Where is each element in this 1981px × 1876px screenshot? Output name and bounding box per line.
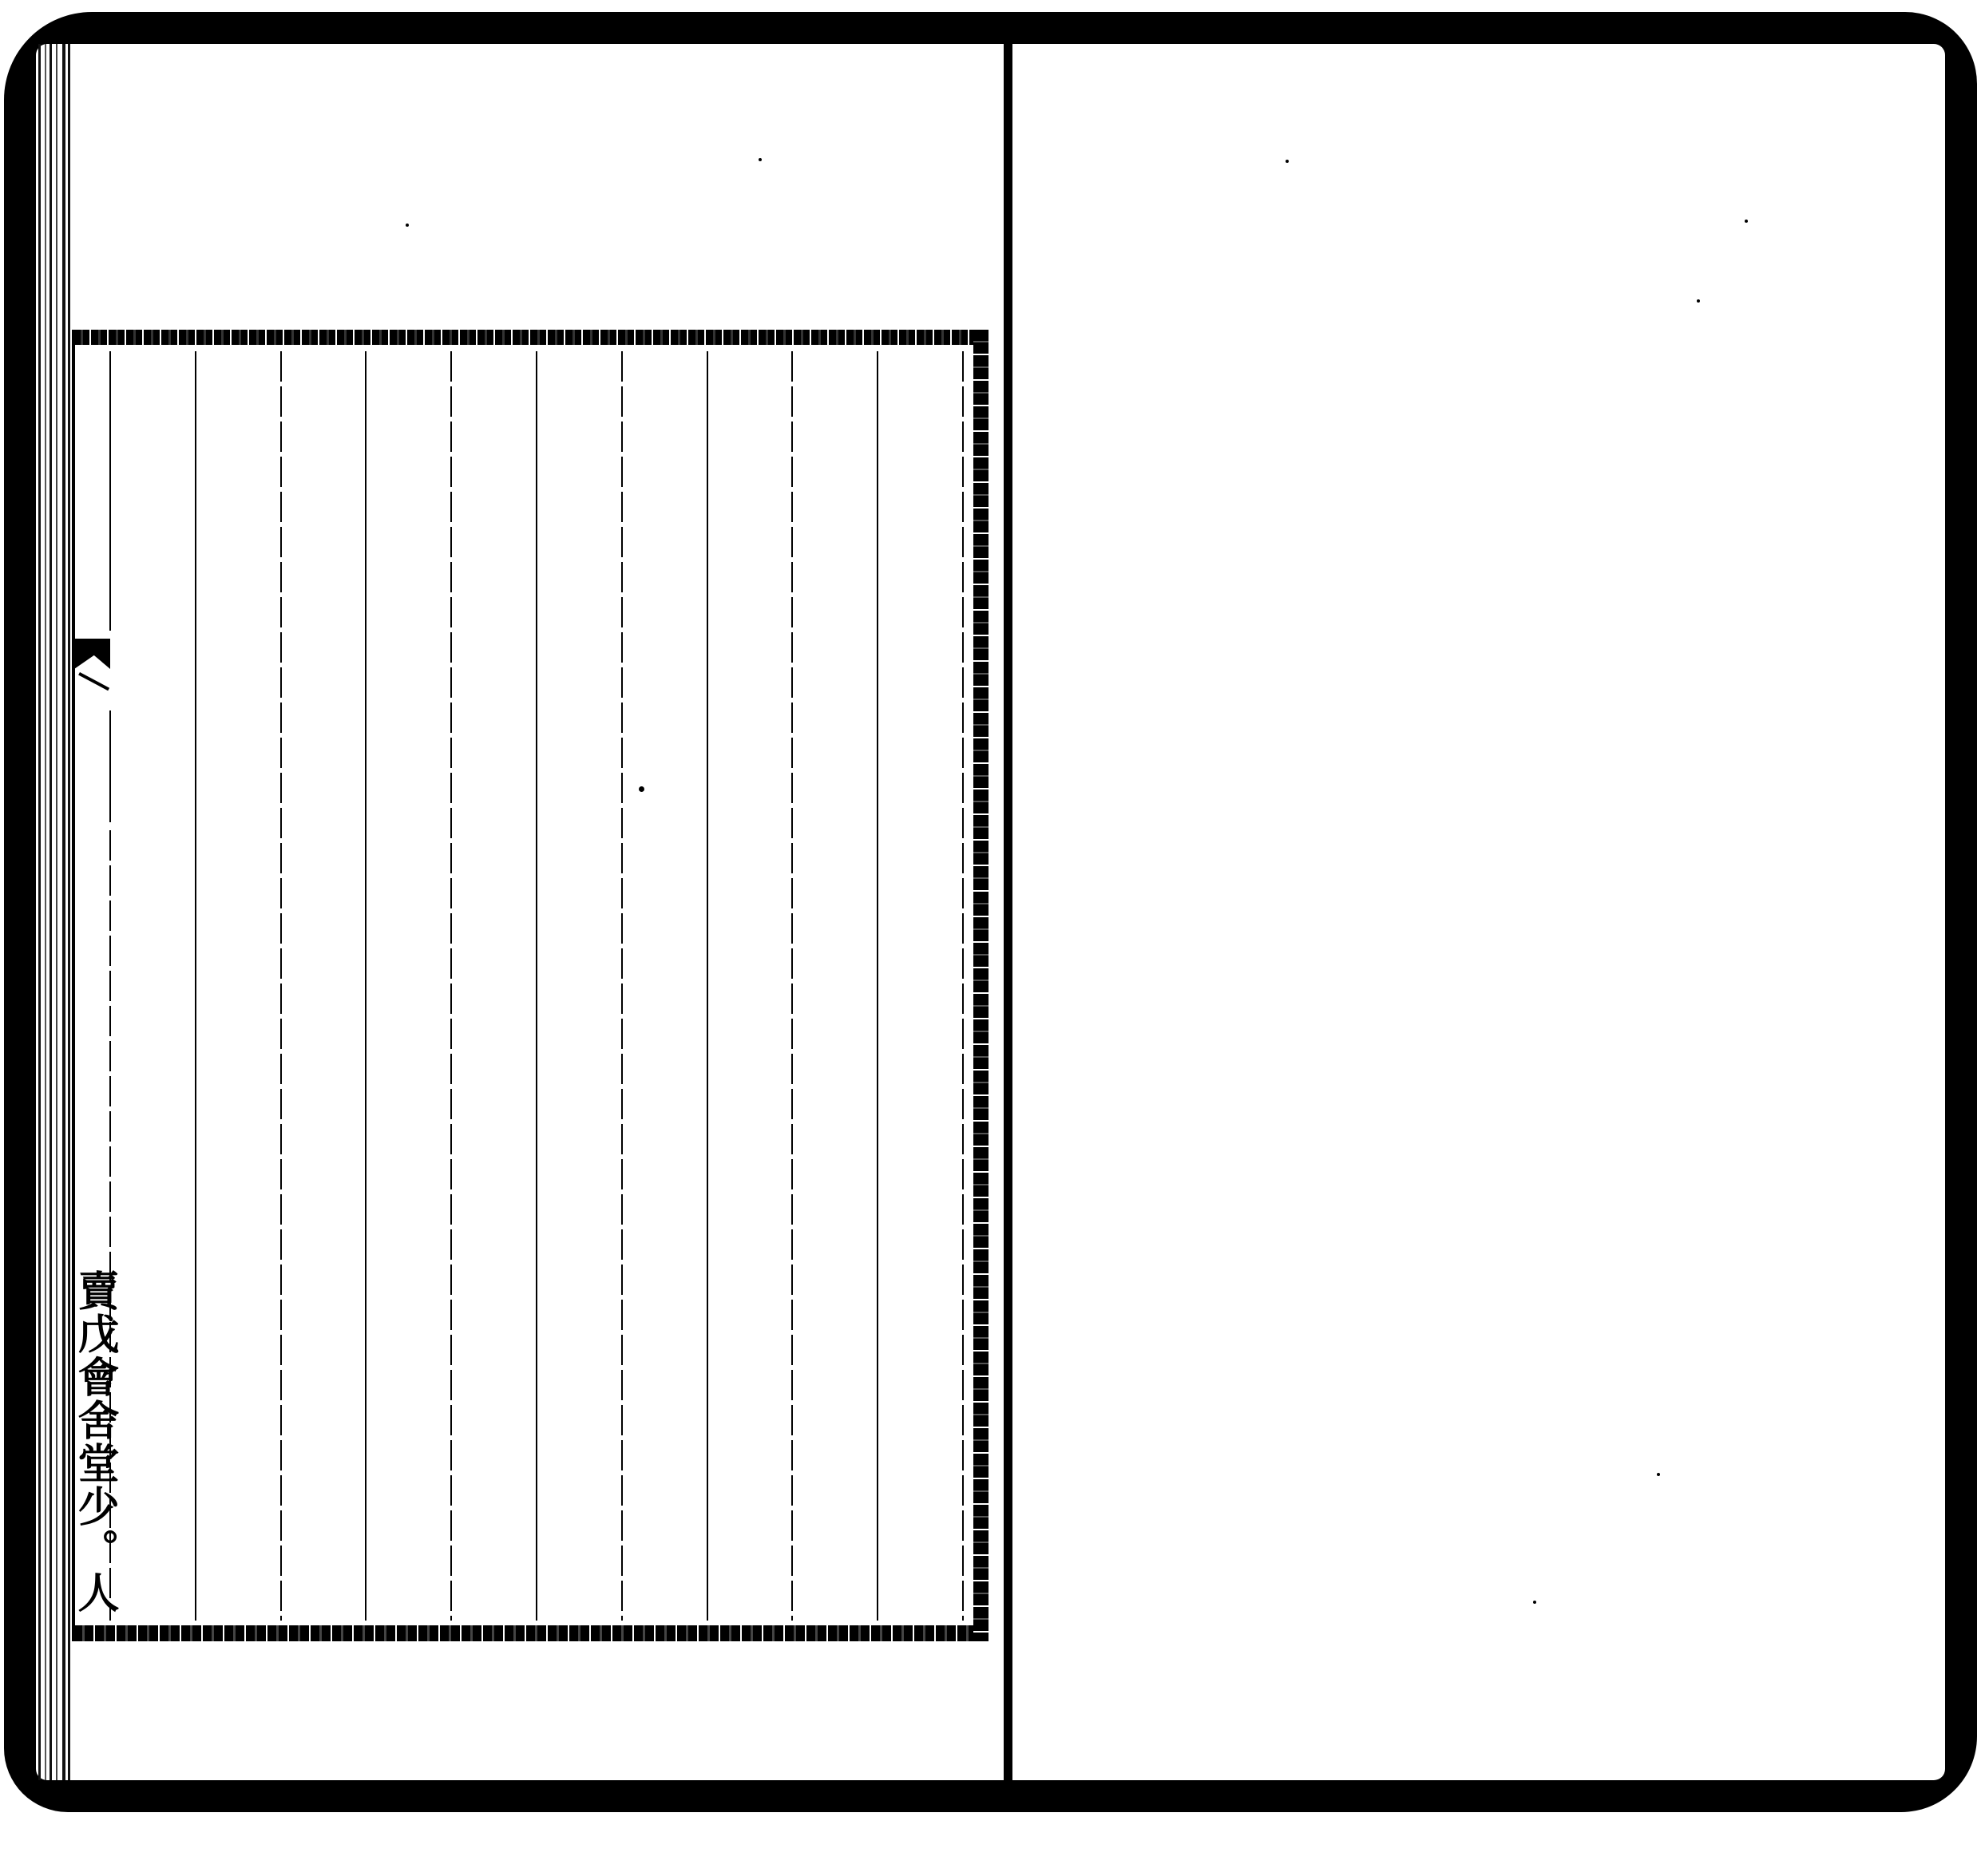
dust-speck	[1657, 1473, 1660, 1476]
column-rule	[450, 351, 452, 1621]
frame-border-top	[73, 330, 989, 345]
page-edge-line	[38, 44, 41, 1780]
frame-border-right	[973, 330, 989, 1641]
frame-border-bottom	[73, 1625, 989, 1641]
page-edge-line	[62, 44, 65, 1780]
page-edge-line	[50, 44, 52, 1780]
column-rule	[195, 351, 196, 1621]
page-edge-line	[45, 44, 46, 1780]
dust-speck	[406, 224, 409, 227]
colophon-text: 賣戊會舍堂少。人	[70, 1269, 118, 1614]
page-edge-line	[56, 44, 57, 1780]
banxin-line	[109, 710, 111, 822]
banxin-line	[109, 351, 111, 631]
dust-speck	[639, 786, 644, 792]
column-rule	[536, 351, 537, 1621]
book-gutter	[1004, 44, 1012, 1780]
column-rule	[621, 351, 623, 1621]
dust-speck	[1533, 1601, 1536, 1604]
dust-speck	[759, 158, 762, 161]
column-rule	[962, 351, 964, 1621]
dust-speck	[1286, 160, 1289, 163]
book-spread	[36, 44, 1945, 1780]
column-rule	[365, 351, 366, 1621]
column-rule	[707, 351, 708, 1621]
column-rule	[877, 351, 878, 1621]
dust-speck	[1745, 220, 1748, 223]
dust-speck	[1697, 299, 1700, 303]
column-rule	[280, 351, 282, 1621]
column-rule	[791, 351, 793, 1621]
